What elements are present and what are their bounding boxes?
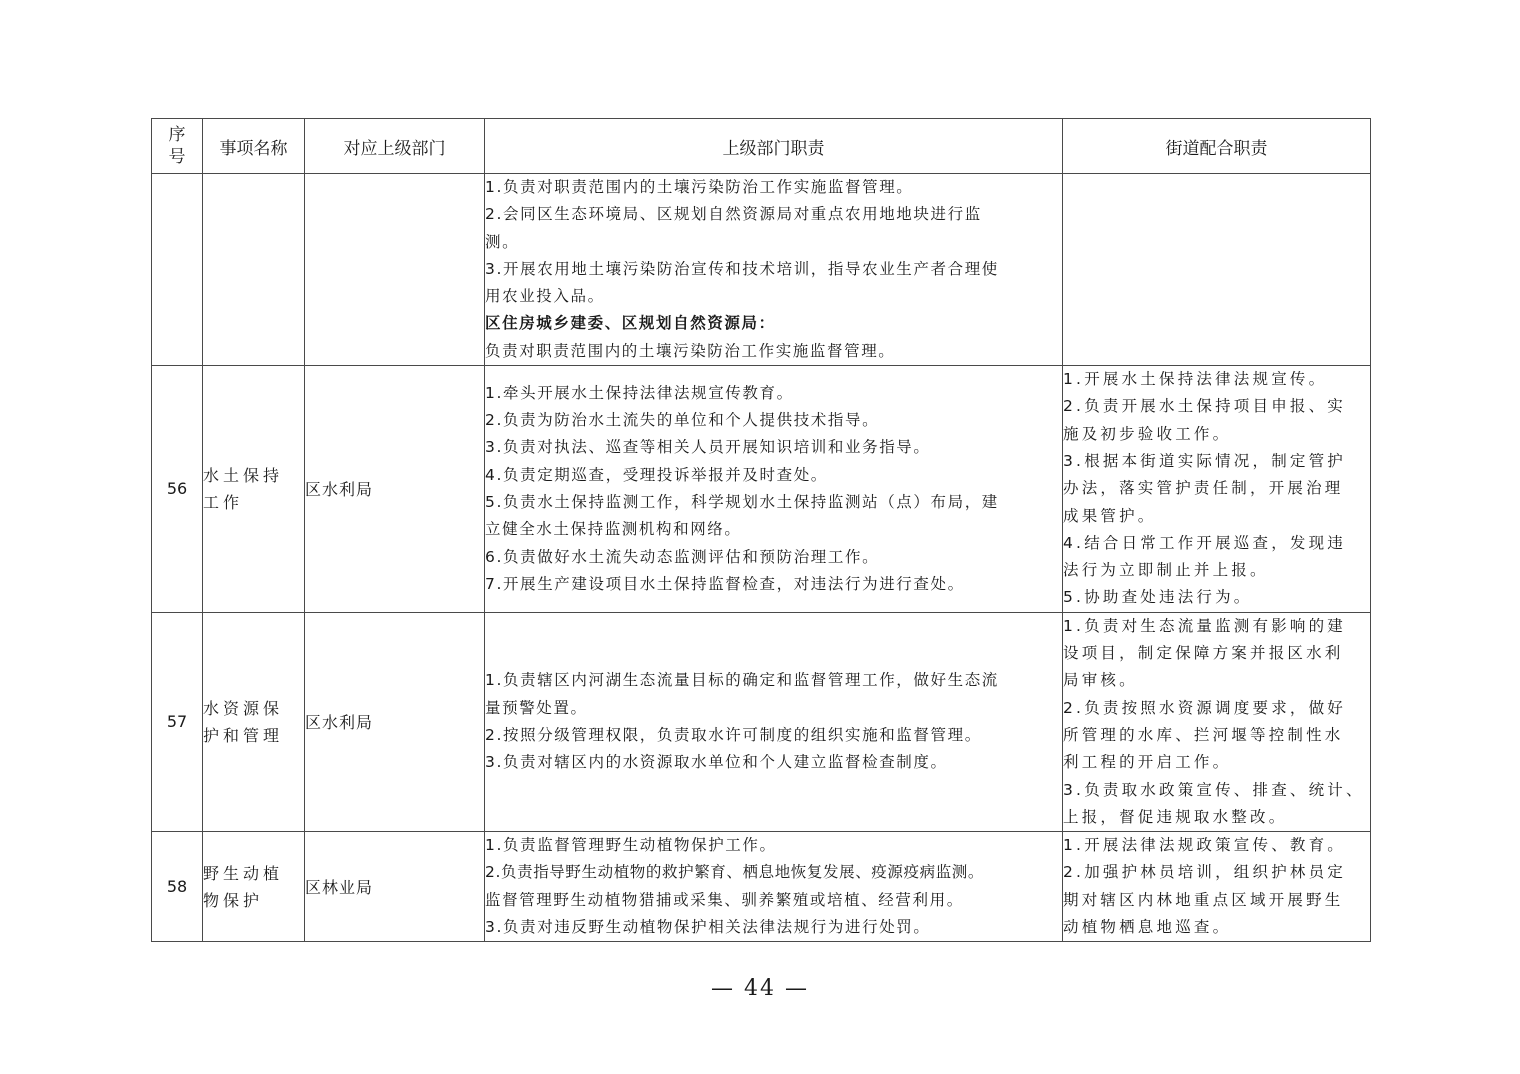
name-line: 野生动植 — [203, 860, 304, 887]
row-street-duty — [1063, 174, 1371, 366]
responsibility-table: 序 号 事项名称 对应上级部门 上级部门职责 街道配合职责 1.负责对职责范围内… — [151, 118, 1371, 942]
duty-line: 3.开展农用地土壤污染防治宣传和技术培训，指导农业生产者合理使 — [485, 256, 1062, 283]
duty-line: 4.负责定期巡查，受理投诉举报并及时查处。 — [485, 462, 1062, 489]
header-seq-line-2: 号 — [152, 146, 202, 168]
row-street-duty: 1.开展法律法规政策宣传、教育。 2.加强护林员培训，组织护林员定 期对辖区内林… — [1063, 832, 1371, 942]
name-line: 物保护 — [203, 887, 304, 914]
row-item-name: 水土保持 工作 — [203, 366, 305, 613]
duty-line: 立健全水土保持监测机构和网络。 — [485, 516, 1062, 543]
duty-line: 7.开展生产建设项目水土保持监督检查，对违法行为进行查处。 — [485, 571, 1062, 598]
street-line: 办法，落实管护责任制，开展治理 — [1063, 475, 1370, 502]
row-item-name: 野生动植 物保护 — [203, 832, 305, 942]
name-line: 水土保持 — [203, 462, 304, 489]
street-line: 2.负责按照水资源调度要求，做好 — [1063, 695, 1370, 722]
street-line: 利工程的开启工作。 — [1063, 749, 1370, 776]
street-line: 2.负责开展水土保持项目申报、实 — [1063, 393, 1370, 420]
duty-line: 用农业投入品。 — [485, 283, 1062, 310]
street-line: 1.负责对生态流量监测有影响的建 — [1063, 613, 1370, 640]
street-line: 4.结合日常工作开展巡查，发现违 — [1063, 530, 1370, 557]
duty-line: 监督管理野生动植物猎捕或采集、驯养繁殖或培植、经营利用。 — [485, 887, 1062, 914]
row-street-duty: 1.开展水土保持法律法规宣传。 2.负责开展水土保持项目申报、实 施及初步验收工… — [1063, 366, 1371, 613]
name-line: 水资源保 — [203, 695, 304, 722]
street-line: 1.开展法律法规政策宣传、教育。 — [1063, 832, 1370, 859]
duty-line: 2.负责为防治水土流失的单位和个人提供技术指导。 — [485, 407, 1062, 434]
row-dept: 区林业局 — [305, 832, 485, 942]
street-line: 3.负责取水政策宣传、排查、统计、 — [1063, 777, 1370, 804]
duty-line: 1.负责对职责范围内的土壤污染防治工作实施监督管理。 — [485, 174, 1062, 201]
row-dept-duty: 1.负责监督管理野生动植物保护工作。 2.负责指导野生动植物的救护繁育、栖息地恢… — [485, 832, 1063, 942]
street-line: 所管理的水库、拦河堰等控制性水 — [1063, 722, 1370, 749]
street-line: 成果管护。 — [1063, 503, 1370, 530]
duty-line: 1.负责辖区内河湖生态流量目标的确定和监督管理工作，做好生态流 — [485, 667, 1062, 694]
street-line: 1.开展水土保持法律法规宣传。 — [1063, 366, 1370, 393]
header-seq-line-1: 序 — [152, 124, 202, 146]
duty-line: 3.负责对违反野生动植物保护相关法律法规行为进行处罚。 — [485, 914, 1062, 941]
header-item-name: 事项名称 — [203, 119, 305, 174]
row-dept: 区水利局 — [305, 612, 485, 831]
street-line: 期对辖区内林地重点区域开展野生 — [1063, 887, 1370, 914]
row-num — [152, 174, 203, 366]
table-row: 1.负责对职责范围内的土壤污染防治工作实施监督管理。 2.会同区生态环境局、区规… — [152, 174, 1371, 366]
duty-line: 5.负责水土保持监测工作，科学规划水土保持监测站（点）布局，建 — [485, 489, 1062, 516]
table-row: 57 水资源保 护和管理 区水利局 1.负责辖区内河湖生态流量目标的确定和监督管… — [152, 612, 1371, 831]
duty-line: 1.负责监督管理野生动植物保护工作。 — [485, 832, 1062, 859]
header-seq: 序 号 — [152, 119, 203, 174]
row-item-name — [203, 174, 305, 366]
table-header-row: 序 号 事项名称 对应上级部门 上级部门职责 街道配合职责 — [152, 119, 1371, 174]
name-line: 工作 — [203, 489, 304, 516]
row-dept-duty: 1.牵头开展水土保持法律法规宣传教育。 2.负责为防治水土流失的单位和个人提供技… — [485, 366, 1063, 613]
header-street-duty: 街道配合职责 — [1063, 119, 1371, 174]
duty-line: 1.牵头开展水土保持法律法规宣传教育。 — [485, 380, 1062, 407]
name-line: 护和管理 — [203, 722, 304, 749]
row-dept-duty: 1.负责对职责范围内的土壤污染防治工作实施监督管理。 2.会同区生态环境局、区规… — [485, 174, 1063, 366]
row-street-duty: 1.负责对生态流量监测有影响的建 设项目，制定保障方案并报区水利 局审核。 2.… — [1063, 612, 1371, 831]
duty-line: 负责对职责范围内的土壤污染防治工作实施监督管理。 — [485, 338, 1062, 365]
row-dept: 区水利局 — [305, 366, 485, 613]
street-line: 5.协助查处违法行为。 — [1063, 584, 1370, 611]
duty-subheading: 区住房城乡建委、区规划自然资源局： — [485, 310, 1062, 337]
street-line: 施及初步验收工作。 — [1063, 421, 1370, 448]
row-num: 56 — [152, 366, 203, 613]
duty-line: 2.按照分级管理权限，负责取水许可制度的组织实施和监督管理。 — [485, 722, 1062, 749]
street-line: 法行为立即制止并上报。 — [1063, 557, 1370, 584]
street-line: 2.加强护林员培训，组织护林员定 — [1063, 859, 1370, 886]
street-line: 上报，督促违规取水整改。 — [1063, 804, 1370, 831]
duty-line: 量预警处置。 — [485, 695, 1062, 722]
table-row: 58 野生动植 物保护 区林业局 1.负责监督管理野生动植物保护工作。 2.负责… — [152, 832, 1371, 942]
duty-line: 3.负责对辖区内的水资源取水单位和个人建立监督检查制度。 — [485, 749, 1062, 776]
street-line: 动植物栖息地巡查。 — [1063, 914, 1370, 941]
duty-line: 测。 — [485, 229, 1062, 256]
header-dept-duty: 上级部门职责 — [485, 119, 1063, 174]
table-row: 56 水土保持 工作 区水利局 1.牵头开展水土保持法律法规宣传教育。 2.负责… — [152, 366, 1371, 613]
duty-line: 6.负责做好水土流失动态监测评估和预防治理工作。 — [485, 544, 1062, 571]
row-num: 57 — [152, 612, 203, 831]
street-line: 设项目，制定保障方案并报区水利 — [1063, 640, 1370, 667]
street-line: 3.根据本街道实际情况，制定管护 — [1063, 448, 1370, 475]
row-num: 58 — [152, 832, 203, 942]
page-number: — 44 — — [0, 976, 1520, 1001]
duty-line: 2.会同区生态环境局、区规划自然资源局对重点农用地地块进行监 — [485, 201, 1062, 228]
header-dept: 对应上级部门 — [305, 119, 485, 174]
row-item-name: 水资源保 护和管理 — [203, 612, 305, 831]
street-line: 局审核。 — [1063, 667, 1370, 694]
row-dept-duty: 1.负责辖区内河湖生态流量目标的确定和监督管理工作，做好生态流 量预警处置。 2… — [485, 612, 1063, 831]
duty-line: 2.负责指导野生动植物的救护繁育、栖息地恢复发展、疫源疫病监测。 — [485, 859, 1062, 886]
duty-line: 3.负责对执法、巡查等相关人员开展知识培训和业务指导。 — [485, 434, 1062, 461]
row-dept — [305, 174, 485, 366]
